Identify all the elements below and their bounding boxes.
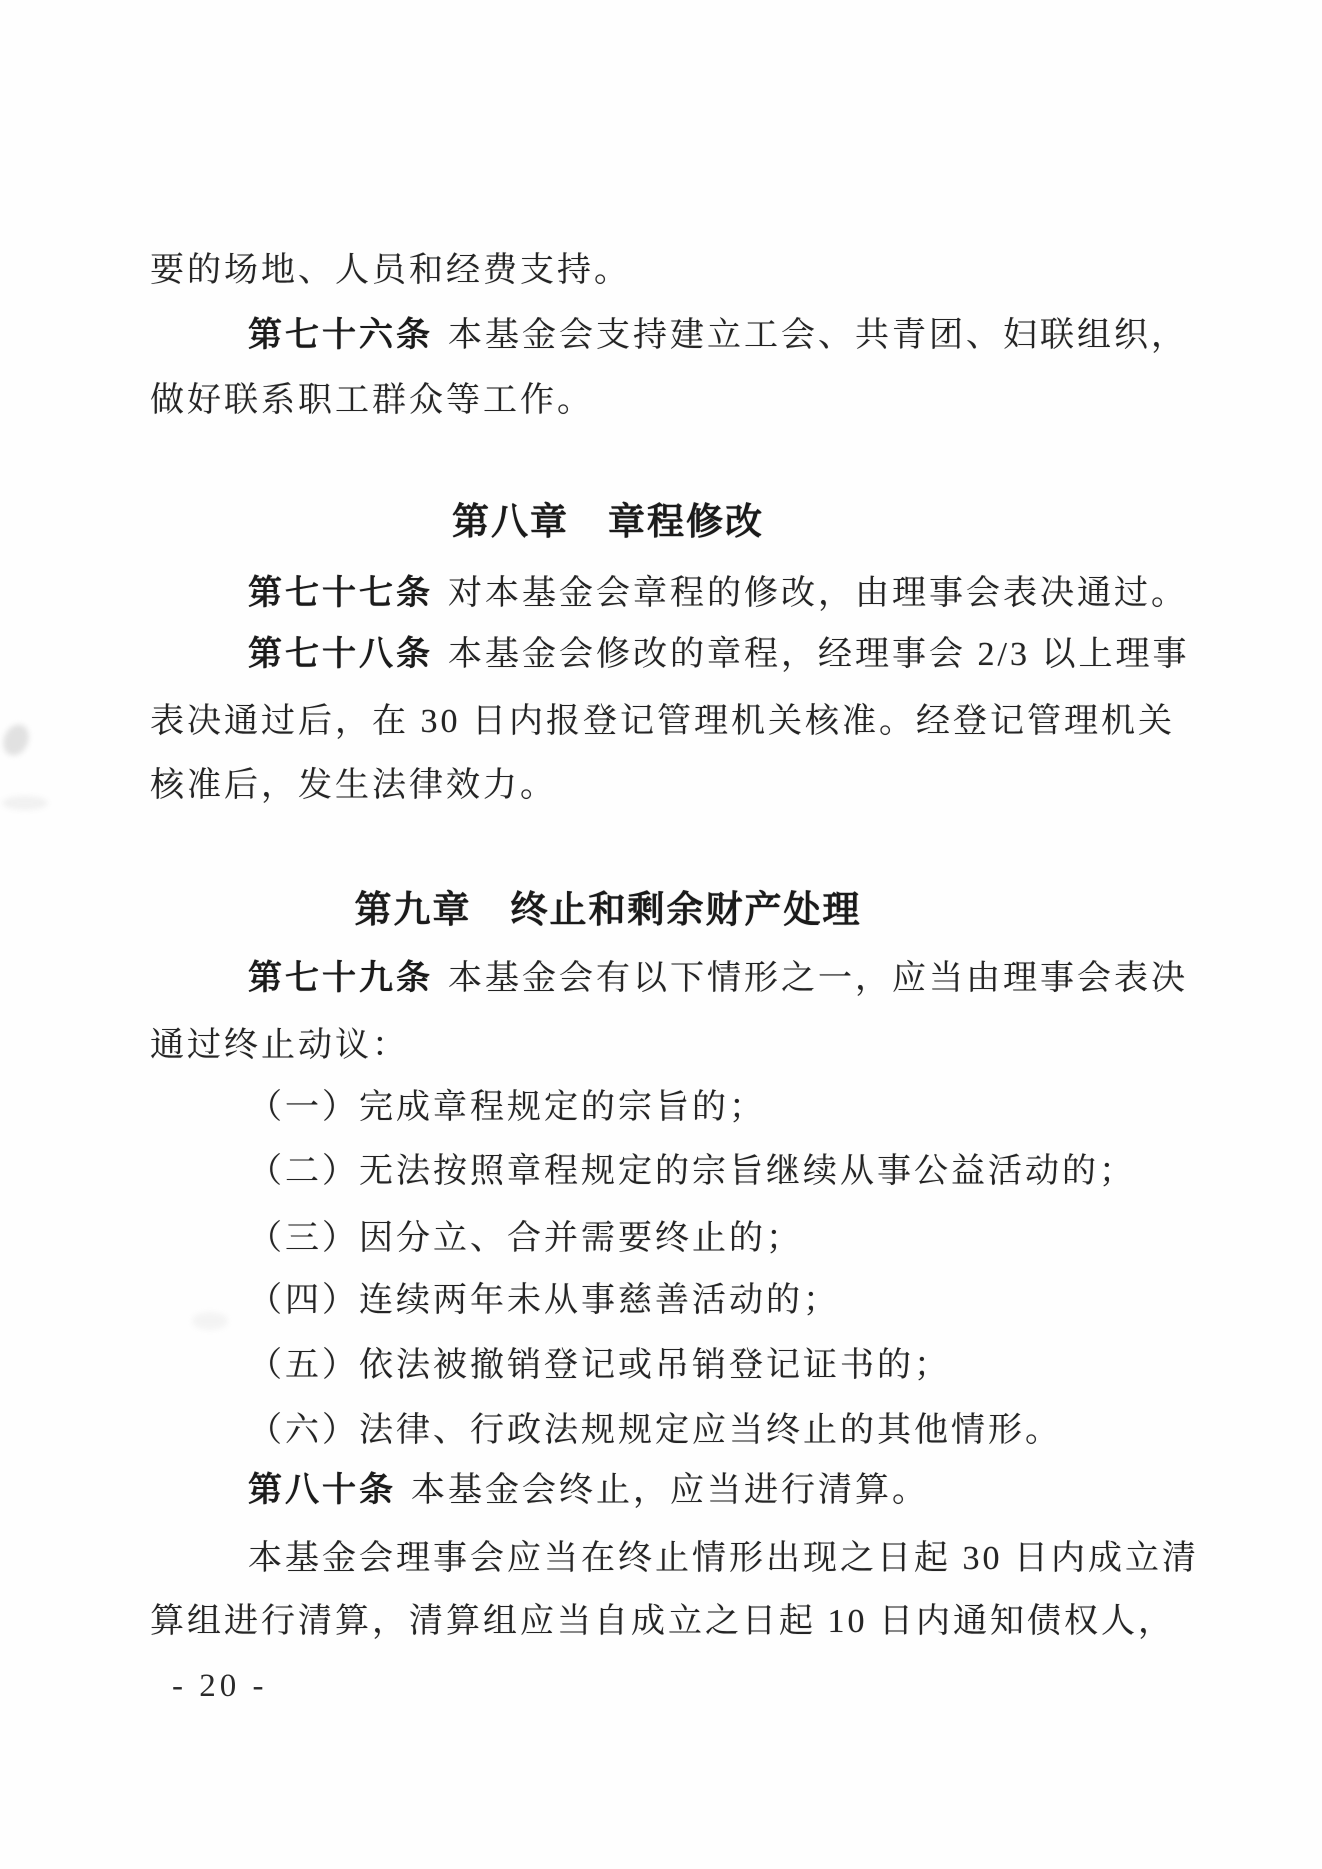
doc-line-article-80: 第八十条本基金会终止，应当进行清算。 bbox=[150, 1468, 1260, 1514]
doc-line: 核准后，发生法律效力。 bbox=[150, 763, 1162, 809]
article-text: 对本基金会章程的修改，由理事会表决通过。 bbox=[448, 575, 1188, 612]
chapter-heading-8: 第八章 章程修改 bbox=[102, 499, 1114, 547]
article-text: 本基金会修改的章程，经理事会 2/3 以上理事 bbox=[448, 636, 1189, 673]
scan-smudge bbox=[0, 721, 33, 760]
list-item-6: （六）法律、行政法规规定应当终止的其他情形。 bbox=[150, 1408, 1260, 1454]
doc-line-article-77: 第七十七条对本基金会章程的修改，由理事会表决通过。 bbox=[150, 571, 1260, 617]
article-number: 第七十八条 bbox=[248, 636, 433, 673]
doc-line: 本基金会理事会应当在终止情形出现之日起 30 日内成立清 bbox=[150, 1536, 1260, 1582]
article-text: 本基金会终止，应当进行清算。 bbox=[411, 1472, 929, 1509]
list-item-1: （一）完成章程规定的宗旨的； bbox=[150, 1085, 1260, 1131]
doc-line: 做好联系职工群众等工作。 bbox=[150, 378, 1162, 424]
doc-line-article-76: 第七十六条本基金会支持建立工会、共青团、妇联组织， bbox=[150, 313, 1260, 359]
doc-line-article-78: 第七十八条本基金会修改的章程，经理事会 2/3 以上理事 bbox=[150, 632, 1260, 678]
article-number: 第七十九条 bbox=[248, 960, 433, 997]
chapter-heading-9: 第九章 终止和剩余财产处理 bbox=[102, 887, 1114, 935]
scan-smudge bbox=[2, 796, 48, 810]
article-text: 本基金会有以下情形之一，应当由理事会表决 bbox=[448, 960, 1188, 997]
article-text: 本基金会支持建立工会、共青团、妇联组织， bbox=[448, 317, 1188, 354]
doc-line: 表决通过后，在 30 日内报登记管理机关核准。经登记管理机关 bbox=[150, 699, 1162, 745]
article-number: 第八十条 bbox=[248, 1472, 396, 1509]
article-number: 第七十七条 bbox=[248, 575, 433, 612]
list-item-2: （二）无法按照章程规定的宗旨继续从事公益活动的； bbox=[150, 1149, 1260, 1195]
scan-smudge bbox=[192, 1312, 228, 1330]
list-item-5: （五）依法被撤销登记或吊销登记证书的； bbox=[150, 1343, 1260, 1389]
doc-line: 算组进行清算，清算组应当自成立之日起 10 日内通知债权人， bbox=[150, 1599, 1162, 1645]
doc-line-article-79: 第七十九条本基金会有以下情形之一，应当由理事会表决 bbox=[150, 956, 1260, 1002]
list-item-3: （三）因分立、合并需要终止的； bbox=[150, 1216, 1260, 1262]
list-item-4: （四）连续两年未从事慈善活动的； bbox=[150, 1278, 1260, 1324]
doc-line: 通过终止动议： bbox=[150, 1023, 1162, 1069]
document-page: 要的场地、人员和经费支持。 第七十六条本基金会支持建立工会、共青团、妇联组织， … bbox=[0, 0, 1322, 1869]
page-number: - 20 - bbox=[172, 1664, 267, 1708]
article-number: 第七十六条 bbox=[248, 317, 433, 354]
doc-line: 要的场地、人员和经费支持。 bbox=[150, 248, 1162, 294]
